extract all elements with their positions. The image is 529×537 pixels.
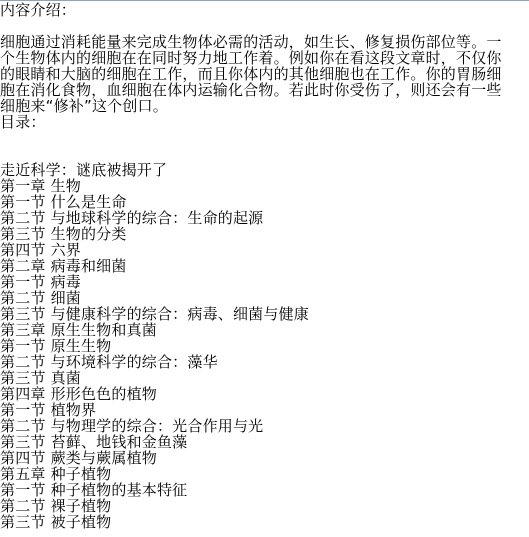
toc-chapter: 第四章 形形色色的植物 [0, 386, 529, 402]
paragraph-line: 细胞通过消耗能量来完成生物体必需的活动，如生长、修复损伤部位等。一 [0, 34, 529, 50]
toc-section: 第一节 种子植物的基本特征 [0, 482, 529, 498]
toc-section: 第二节 细菌 [0, 290, 529, 306]
intro-heading: 内容介绍： [0, 2, 529, 18]
toc-section: 第三节 真菌 [0, 370, 529, 386]
paragraph-line: 的眼睛和大脑的细胞在工作，而且你体内的其他细胞也在工作。你的胃肠细 [0, 66, 529, 82]
toc-section: 第四节 六界 [0, 242, 529, 258]
toc-section: 第四节 蕨类与蕨属植物 [0, 450, 529, 466]
toc-chapter: 第五章 种子植物 [0, 466, 529, 482]
toc-item: 走近科学：谜底被揭开了 [0, 162, 529, 178]
book-description: 内容介绍： 细胞通过消耗能量来完成生物体必需的活动，如生长、修复损伤部位等。一 … [0, 2, 529, 530]
spacer [0, 146, 529, 162]
intro-paragraph: 细胞通过消耗能量来完成生物体必需的活动，如生长、修复损伤部位等。一 个生物体内的… [0, 34, 529, 114]
toc-section: 第三节 苔藓、地钱和金鱼藻 [0, 434, 529, 450]
top-divider [0, 0, 529, 1]
toc-section: 第一节 病毒 [0, 274, 529, 290]
toc-section: 第一节 什么是生命 [0, 194, 529, 210]
toc-heading: 目录： [0, 114, 529, 130]
table-of-contents: 走近科学：谜底被揭开了 第一章 生物 第一节 什么是生命 第二节 与地球科学的综… [0, 162, 529, 530]
spacer [0, 130, 529, 146]
paragraph-line: 胞在消化食物，血细胞在体内运输化合物。若此时你受伤了，则还会有一些 [0, 82, 529, 98]
toc-section: 第一节 原生生物 [0, 338, 529, 354]
toc-section: 第三节 与健康科学的综合：病毒、细菌与健康 [0, 306, 529, 322]
toc-section: 第二节 与地球科学的综合：生命的起源 [0, 210, 529, 226]
toc-section: 第二节 裸子植物 [0, 498, 529, 514]
toc-chapter: 第二章 病毒和细菌 [0, 258, 529, 274]
toc-section: 第一节 植物界 [0, 402, 529, 418]
toc-chapter: 第一章 生物 [0, 178, 529, 194]
toc-section: 第二节 与环境科学的综合：藻华 [0, 354, 529, 370]
toc-section: 第三节 被子植物 [0, 514, 529, 530]
toc-chapter: 第三章 原生生物和真菌 [0, 322, 529, 338]
toc-section: 第三节 生物的分类 [0, 226, 529, 242]
spacer [0, 18, 529, 34]
paragraph-line: 个生物体内的细胞在在同时努力地工作着。例如你在看这段文章时，不仅你 [0, 50, 529, 66]
paragraph-line: 细胞来“修补”这个创口。 [0, 98, 529, 114]
toc-section: 第二节 与物理学的综合：光合作用与光 [0, 418, 529, 434]
